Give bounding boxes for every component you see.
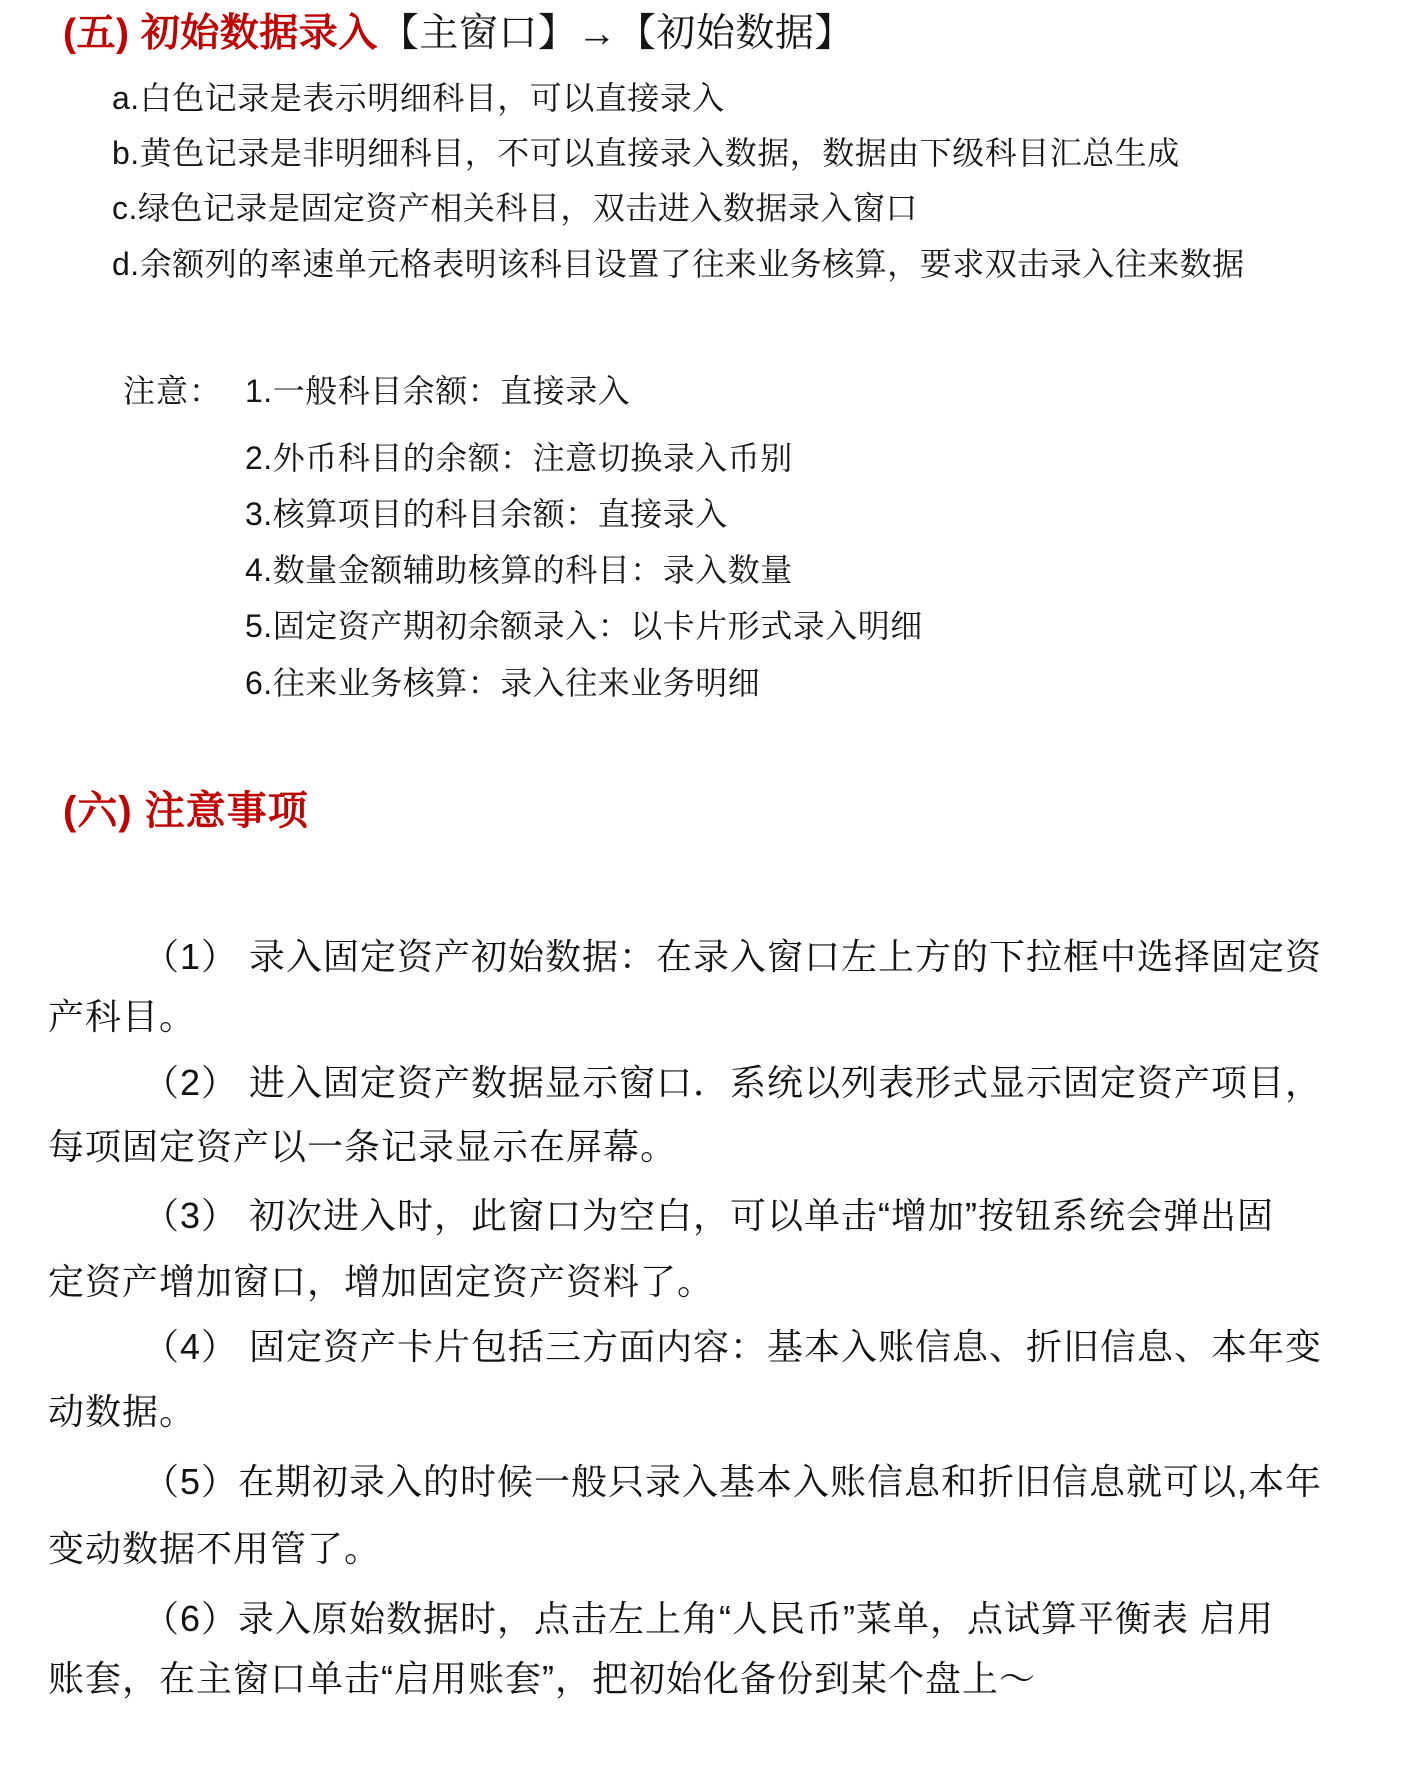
note-item-5: 5.固定资产期初余额录入：以卡片形式录入明细 xyxy=(245,608,923,645)
note-label: 注意： xyxy=(123,373,222,410)
section5-heading-number: (五) 初始数据录入 xyxy=(63,12,378,55)
paragraph-line-5b: 变动数据不用管了。 xyxy=(48,1528,381,1569)
paragraph-line-2a: （2） 进入固定资产数据显示窗口．系统以列表形式显示固定资产项目， xyxy=(143,1062,1322,1103)
list-item-d: d.余额列的率速单元格表明该科目设置了往来业务核算，要求双击录入往来数据 xyxy=(112,246,1245,283)
paragraph-line-2b: 每项固定资产以一条记录显示在屏幕。 xyxy=(48,1126,677,1167)
paragraph-line-3a: （3） 初次进入时，此窗口为空白，可以单击“增加”按钮系统会弹出固 xyxy=(143,1195,1274,1236)
document-page: (五) 初始数据录入【主窗口】→【初始数据】 a.白色记录是表示明细科目，可以直… xyxy=(0,0,1423,1778)
paragraph-line-3b: 定资产增加窗口，增加固定资产资料了。 xyxy=(48,1261,714,1302)
list-item-b: b.黄色记录是非明细科目，不可以直接录入数据，数据由下级科目汇总生成 xyxy=(112,135,1180,172)
list-item-a: a.白色记录是表示明细科目，可以直接录入 xyxy=(112,80,725,117)
section6-heading: (六) 注意事项 xyxy=(63,788,309,834)
paragraph-line-4b: 动数据。 xyxy=(48,1391,196,1432)
note-item-3: 3.核算项目的科目余额：直接录入 xyxy=(245,496,728,533)
note-item-4: 4.数量金额辅助核算的科目：录入数量 xyxy=(245,552,793,589)
note-item-2: 2.外币科目的余额：注意切换录入币别 xyxy=(245,440,793,477)
section5-heading: (五) 初始数据录入【主窗口】→【初始数据】 xyxy=(63,12,854,57)
note-item-6: 6.往来业务核算：录入往来业务明细 xyxy=(245,665,760,702)
paragraph-line-1a: （1） 录入固定资产初始数据：在录入窗口左上方的下拉框中选择固定资 xyxy=(143,936,1322,977)
paragraph-line-1b: 产科目。 xyxy=(48,996,196,1037)
note-item-1: 1.一般科目余额：直接录入 xyxy=(245,373,630,410)
paragraph-line-6a: （6）录入原始数据时，点击左上角“人民币”菜单，点试算平衡表 启用 xyxy=(143,1598,1274,1639)
list-item-c: c.绿色记录是固定资产相关科目，双击进入数据录入窗口 xyxy=(112,190,918,227)
paragraph-line-5a: （5）在期初录入的时候一般只录入基本入账信息和折旧信息就可以,本年 xyxy=(143,1461,1322,1502)
paragraph-line-6b: 账套，在主窗口单击“启用账套”，把初始化备份到某个盘上～ xyxy=(48,1658,1036,1699)
paragraph-line-4a: （4） 固定资产卡片包括三方面内容：基本入账信息、折旧信息、本年变 xyxy=(143,1326,1322,1367)
section5-heading-path: 【主窗口】→【初始数据】 xyxy=(380,12,854,55)
